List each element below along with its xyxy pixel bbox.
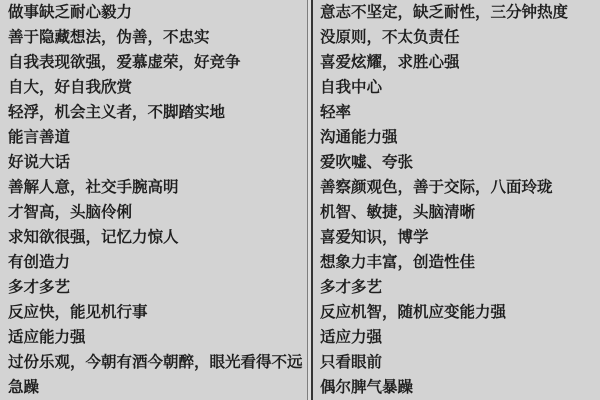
trait-cell-right: 多才多艺 [320, 275, 600, 300]
trait-cell-left: 做事缺乏耐心毅力 [8, 0, 307, 25]
trait-cell-left: 适应能力强 [8, 325, 307, 350]
trait-cell-right: 适应力强 [320, 325, 600, 350]
trait-cell-right: 只看眼前 [320, 350, 600, 375]
trait-cell-right: 想象力丰富，创造性佳 [320, 250, 600, 275]
trait-cell-left: 多才多艺 [8, 275, 307, 300]
trait-cell-left: 过份乐观，今朝有酒今朝醉，眼光看得不远 [8, 350, 307, 375]
trait-cell-right: 轻率 [320, 100, 600, 125]
trait-cell-right: 自我中心 [320, 75, 600, 100]
trait-cell-right: 反应机智，随机应变能力强 [320, 300, 600, 325]
traits-table: 做事缺乏耐心毅力 善于隐藏想法，伪善，不忠实 自我表现欲强，爱慕虚荣，好竞争 自… [0, 0, 600, 400]
trait-cell-right: 喜爱知识，博学 [320, 225, 600, 250]
left-column: 做事缺乏耐心毅力 善于隐藏想法，伪善，不忠实 自我表现欲强，爱慕虚荣，好竞争 自… [0, 0, 307, 400]
trait-cell-right: 机智、敏捷，头脑清晰 [320, 200, 600, 225]
trait-cell-left: 才智高，头脑伶俐 [8, 200, 307, 225]
trait-cell-left: 善于隐藏想法，伪善，不忠实 [8, 25, 307, 50]
trait-cell-right: 偶尔脾气暴躁 [320, 375, 600, 400]
trait-cell-left: 能言善道 [8, 125, 307, 150]
trait-cell-left: 好说大话 [8, 150, 307, 175]
trait-cell-right: 爱吹嘘、夸张 [320, 150, 600, 175]
trait-cell-left: 自我表现欲强，爱慕虚荣，好竞争 [8, 50, 307, 75]
trait-cell-left: 有创造力 [8, 250, 307, 275]
trait-cell-left: 轻浮，机会主义者，不脚踏实地 [8, 100, 307, 125]
right-column: 意志不坚定，缺乏耐性，三分钟热度 没原则，不太负责任 喜爱炫耀，求胜心强 自我中… [313, 0, 600, 400]
trait-cell-left: 善解人意，社交手腕高明 [8, 175, 307, 200]
trait-cell-right: 没原则，不太负责任 [320, 25, 600, 50]
trait-cell-right: 沟通能力强 [320, 125, 600, 150]
trait-cell-right: 喜爱炫耀，求胜心强 [320, 50, 600, 75]
trait-cell-left: 求知欲很强，记忆力惊人 [8, 225, 307, 250]
trait-cell-left: 反应快，能见机行事 [8, 300, 307, 325]
trait-cell-left: 急躁 [8, 375, 307, 400]
trait-cell-right: 善察颜观色，善于交际，八面玲珑 [320, 175, 600, 200]
trait-cell-left: 自大，好自我欣赏 [8, 75, 307, 100]
trait-cell-right: 意志不坚定，缺乏耐性，三分钟热度 [320, 0, 600, 25]
